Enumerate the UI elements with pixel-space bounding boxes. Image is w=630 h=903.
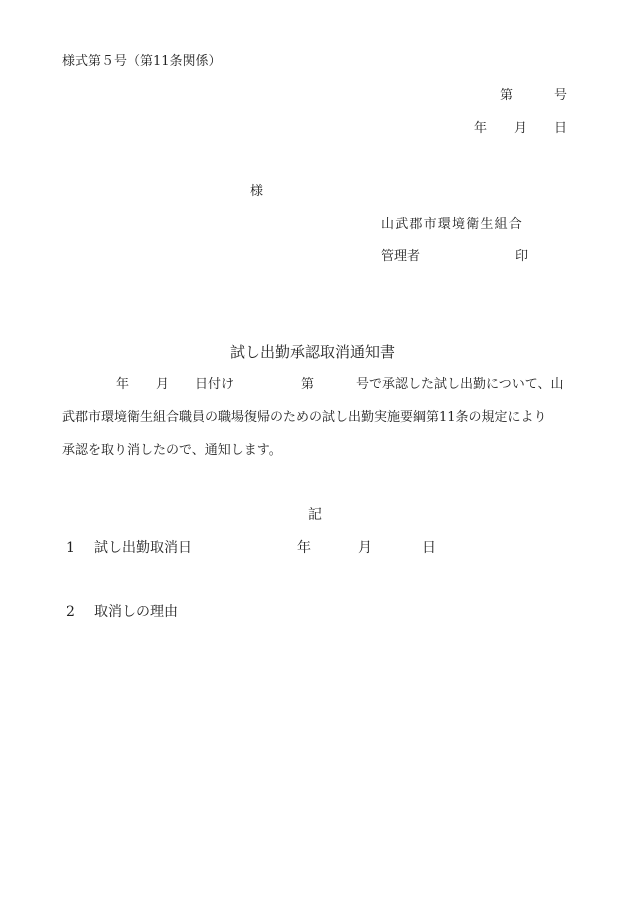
addressee-suffix: 様	[250, 185, 263, 198]
body-month: 月	[156, 378, 169, 391]
item-1-label: 試し出勤取消日	[94, 541, 192, 555]
item-1-number: 1	[66, 541, 75, 555]
issuer-title: 管理者	[381, 250, 420, 263]
header-number-dai: 第	[500, 89, 513, 102]
body-year: 年	[116, 378, 129, 391]
body-line3: 承認を取り消したので、通知します。	[62, 444, 282, 457]
item-2-number: 2	[66, 605, 75, 619]
header-number-go: 号	[554, 89, 567, 102]
body-day-dated: 日付け	[195, 378, 234, 391]
header-date-day: 日	[554, 122, 567, 135]
header-date-month: 月	[514, 122, 527, 135]
issuer-organization: 山武郡市環境衛生組合	[381, 218, 523, 231]
document-title: 試し出勤承認取消通知書	[230, 345, 395, 360]
form-label: 様式第５号（第11条関係）	[62, 55, 222, 68]
body-line2: 武郡市環境衛生組合職員の職場復帰のための試し出勤実施要綱第11条の規定により	[62, 411, 547, 424]
ki-heading: 記	[308, 508, 322, 522]
issuer-seal: 印	[515, 250, 528, 263]
item-2-label: 取消しの理由	[94, 605, 178, 619]
item-1-day: 日	[422, 541, 436, 555]
body-dai: 第	[301, 378, 314, 391]
item-1-year: 年	[297, 541, 311, 555]
body-line1-rest: 号で承認した試し出勤について、山	[356, 378, 563, 391]
header-date-year: 年	[474, 122, 487, 135]
item-1-month: 月	[358, 541, 372, 555]
